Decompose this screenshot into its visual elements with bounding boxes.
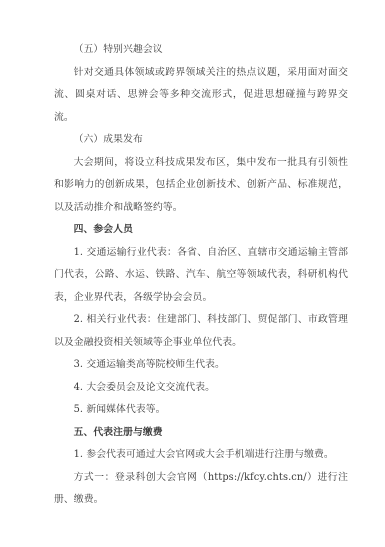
list-item-paragraph: 1. 交通运输行业代表：各省、自治区、直辖市交通运输主管部门代表，公路、水运、铁… bbox=[54, 242, 348, 310]
section-heading: 四、参会人员 bbox=[54, 219, 348, 242]
paragraph: 方式一：登录科创大会官网（https://kfcy.chts.cn/）进行注册、… bbox=[54, 467, 348, 512]
list-item-paragraph: 2. 相关行业代表：住建部门、科技部门、贸促部门、市政管理以及金融投资相关领域等… bbox=[54, 309, 348, 354]
section-heading: 五、代表注册与缴费 bbox=[54, 422, 348, 445]
sub-section-heading: （五）特别兴趣会议 bbox=[54, 39, 348, 62]
sub-section-heading: （六）成果发布 bbox=[54, 129, 348, 152]
list-item-paragraph: 5. 新闻媒体代表等。 bbox=[54, 399, 348, 422]
paragraph: 大会期间，将设立科技成果发布区，集中发布一批具有引领性和影响力的创新成果，包括企… bbox=[54, 152, 348, 220]
list-item-paragraph: 4. 大会委员会及论文交流代表。 bbox=[54, 377, 348, 400]
document-page: （五）特别兴趣会议 针对交通具体领域或跨界领域关注的热点议题，采用面对面交流、圆… bbox=[54, 39, 348, 512]
page-background: { "page": { "background_color": "#ffffff… bbox=[0, 0, 385, 547]
list-item-paragraph: 3. 交通运输类高等院校师生代表。 bbox=[54, 354, 348, 377]
paragraph: 针对交通具体领域或跨界领域关注的热点议题，采用面对面交流、圆桌对话、思辨会等多种… bbox=[54, 62, 348, 130]
list-item-paragraph: 1. 参会代表可通过大会官网或大会手机端进行注册与缴费。 bbox=[54, 444, 348, 467]
